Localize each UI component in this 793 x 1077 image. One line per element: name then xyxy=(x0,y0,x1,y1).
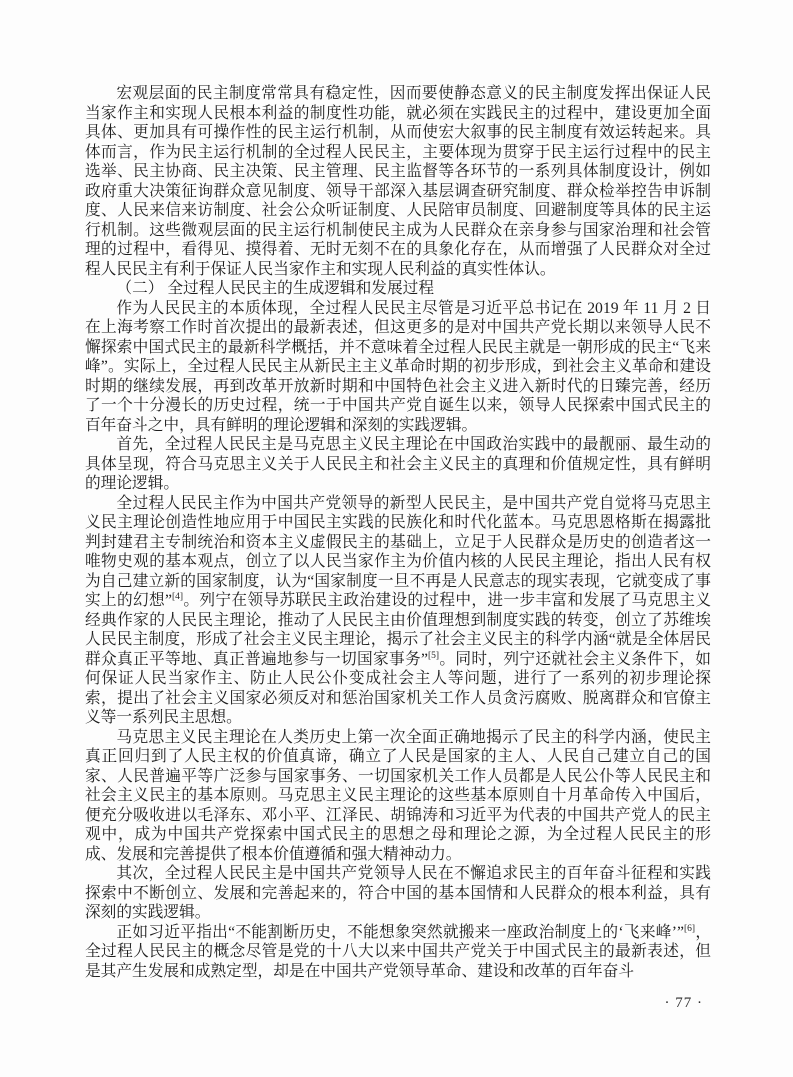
footnote-ref: [6] xyxy=(684,924,695,934)
section-subheading: （二） 全过程人民民主的生成逻辑和发展过程 xyxy=(85,279,711,299)
footnote-ref: [4] xyxy=(172,592,183,602)
page-number: · 77 · xyxy=(665,995,704,1012)
article-body: 宏观层面的民主制度常常具有稳定性，因而要使静态意义的民主制度发挥出保证人民当家作… xyxy=(85,84,711,981)
paragraph: 宏观层面的民主制度常常具有稳定性，因而要使静态意义的民主制度发挥出保证人民当家作… xyxy=(85,84,711,279)
paragraph: 其次，全过程人民民主是中国共产党领导人民在不懈追求民主的百年奋斗征程和实践探索中… xyxy=(85,864,711,923)
footnote-ref: [5] xyxy=(428,651,439,661)
paragraph: 马克思主义民主理论在人类历史上第一次全面正确地揭示了民主的科学内涵，使民主真正回… xyxy=(85,728,711,865)
paragraph: 作为人民民主的本质体现，全过程人民民主尽管是习近平总书记在 2019 年 11 … xyxy=(85,299,711,436)
document-page: 宏观层面的民主制度常常具有稳定性，因而要使静态意义的民主制度发挥出保证人民当家作… xyxy=(0,0,793,1077)
paragraph: 首先，全过程人民民主是马克思主义民主理论在中国政治实践中的最靓丽、最生动的具体呈… xyxy=(85,435,711,494)
paragraph: 正如习近平指出“不能割断历史，不能想象突然就搬来一座政治制度上的‘飞来峰’”[6… xyxy=(85,923,711,982)
paragraph: 全过程人民民主作为中国共产党领导的新型人民民主，是中国共产党自觉将马克思主义民主… xyxy=(85,494,711,728)
